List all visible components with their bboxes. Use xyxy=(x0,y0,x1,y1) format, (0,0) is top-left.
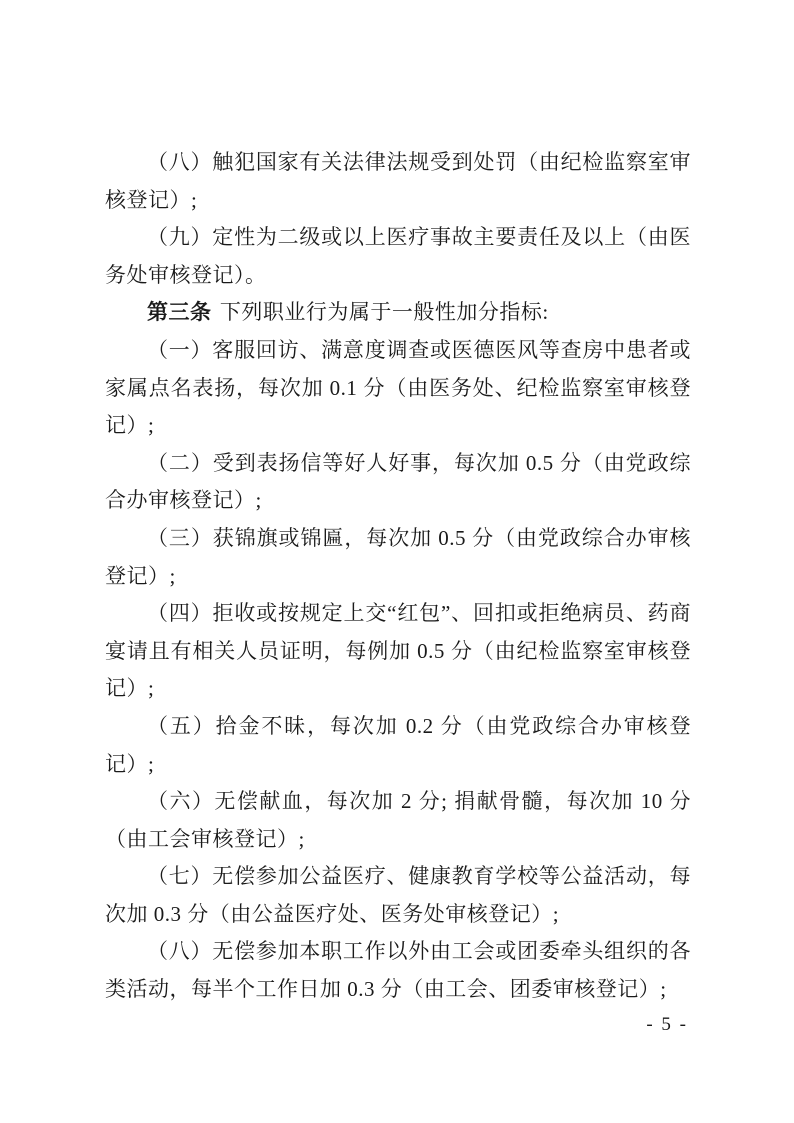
clause-4-bonus: （四）拒收或按规定上交“红包”、回扣或拒绝病员、药商宴请且有相关人员证明，每例加… xyxy=(105,595,691,708)
article-number: 第三条 xyxy=(147,300,212,324)
document-page: （八）触犯国家有关法律法规受到处罚（由纪检监察室审核登记）; （九）定性为二级或… xyxy=(0,0,794,1123)
clause-8-negative: （八）触犯国家有关法律法规受到处罚（由纪检监察室审核登记）; xyxy=(105,144,691,219)
clause-5-bonus: （五）拾金不昧，每次加 0.2 分（由党政综合办审核登记）; xyxy=(105,708,691,783)
document-body: （八）触犯国家有关法律法规受到处罚（由纪检监察室审核登记）; （九）定性为二级或… xyxy=(105,144,691,1009)
clause-9-negative: （九）定性为二级或以上医疗事故主要责任及以上（由医务处审核登记）。 xyxy=(105,219,691,294)
article-title: 下列职业行为属于一般性加分指标: xyxy=(220,300,549,324)
clause-7-bonus: （七）无偿参加公益医疗、健康教育学校等公益活动，每次加 0.3 分（由公益医疗处… xyxy=(105,858,691,933)
clause-6-bonus: （六）无偿献血，每次加 2 分; 捐献骨髓，每次加 10 分（由工会审核登记）; xyxy=(105,783,691,858)
clause-1-bonus: （一）客服回访、满意度调查或医德医风等查房中患者或家属点名表扬，每次加 0.1 … xyxy=(105,332,691,445)
clause-8-bonus: （八）无偿参加本职工作以外由工会或团委牵头组织的各类活动，每半个工作日加 0.3… xyxy=(105,933,691,1008)
article-heading: 第三条下列职业行为属于一般性加分指标: xyxy=(105,294,691,332)
clause-3-bonus: （三）获锦旗或锦匾，每次加 0.5 分（由党政综合办审核登记）; xyxy=(105,520,691,595)
page-number: - 5 - xyxy=(646,1014,688,1036)
clause-2-bonus: （二）受到表扬信等好人好事，每次加 0.5 分（由党政综合办审核登记）; xyxy=(105,445,691,520)
